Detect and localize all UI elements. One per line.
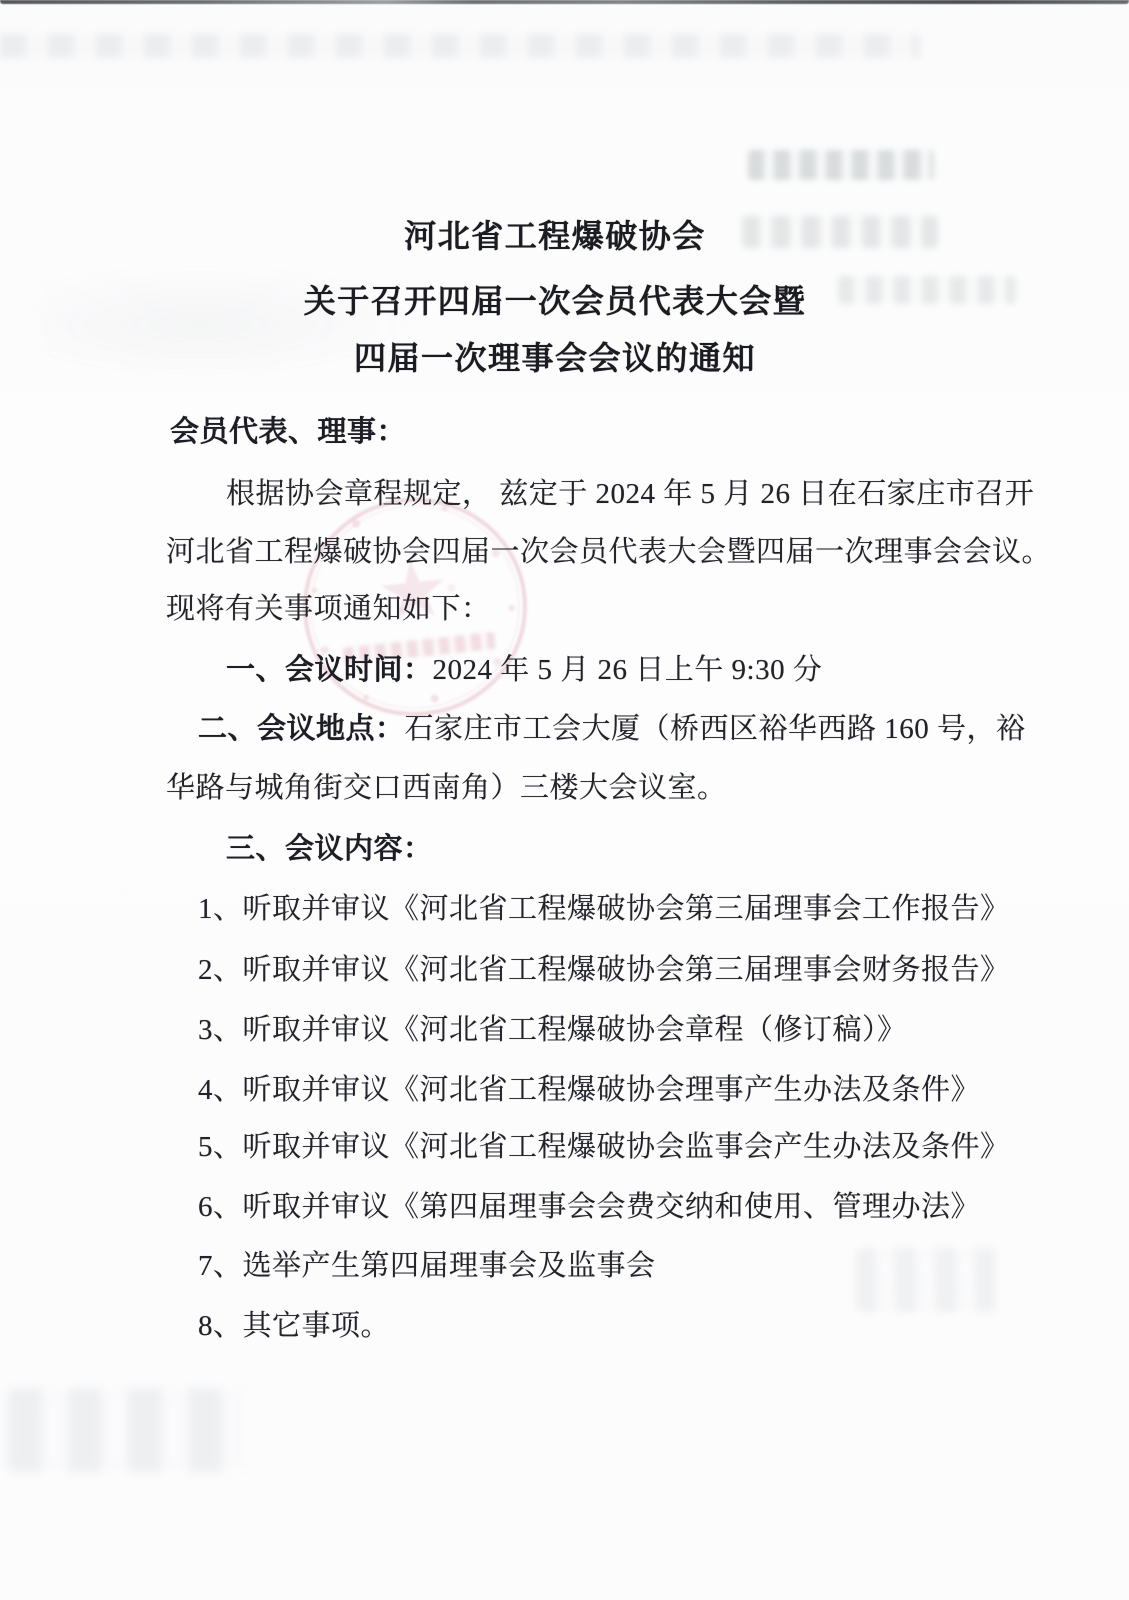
agenda-item-4: 4、听取并审议《河北省工程爆破协会理事产生办法及条件》 bbox=[198, 1072, 980, 1108]
agenda-item-7: 7、选举产生第四届理事会及监事会 bbox=[198, 1248, 656, 1284]
agenda-item-6: 6、听取并审议《第四届理事会会费交纳和使用、管理办法》 bbox=[198, 1189, 980, 1225]
scanned-notice-page: 河北省工程爆破协会 关于召开四届一次会员代表大会暨 四届一次理事会会议的通知 会… bbox=[0, 0, 1129, 1600]
agenda-item-8: 8、其它事项。 bbox=[198, 1308, 390, 1344]
document-title-line-3: 四届一次理事会会议的通知 bbox=[0, 333, 1110, 379]
agenda-item-5: 5、听取并审议《河北省工程爆破协会监事会产生办法及条件》 bbox=[198, 1129, 1010, 1165]
meeting-place-line-2: 华路与城角街交口西南角）三楼大会议室。 bbox=[166, 770, 727, 806]
scan-smudge-artifact bbox=[0, 34, 920, 58]
meeting-time-line: 一、会议时间：2024 年 5 月 26 日上午 9:30 分 bbox=[226, 652, 822, 688]
meeting-place-label: 二、会议地点： bbox=[198, 713, 405, 745]
bleedthrough-text-artifact bbox=[748, 150, 934, 180]
intro-line-3: 现将有关事项通知如下： bbox=[166, 591, 491, 627]
scan-edge-artifact bbox=[0, 0, 1129, 4]
meeting-place-value-line-1: 石家庄市工会大厦（桥西区裕华西路 160 号，裕 bbox=[405, 713, 1026, 745]
scan-smudge-artifact bbox=[8, 1388, 248, 1472]
scan-smudge-artifact bbox=[856, 1248, 996, 1312]
intro-line-1: 根据协会章程规定， 兹定于 2024 年 5 月 26 日在石家庄市召开 bbox=[226, 476, 1034, 512]
meeting-content-heading: 三、会议内容： bbox=[226, 831, 433, 867]
meeting-time-value: 2024 年 5 月 26 日上午 9:30 分 bbox=[433, 654, 823, 686]
salutation-line: 会员代表、理事： bbox=[170, 414, 406, 450]
document-title-line-2: 关于召开四届一次会员代表大会暨 bbox=[0, 276, 1110, 322]
agenda-item-3: 3、听取并审议《河北省工程爆破协会章程（修订稿）》 bbox=[198, 1012, 907, 1048]
agenda-item-1: 1、听取并审议《河北省工程爆破协会第三届理事会工作报告》 bbox=[198, 891, 1010, 927]
meeting-place-line-1: 二、会议地点：石家庄市工会大厦（桥西区裕华西路 160 号，裕 bbox=[198, 711, 1026, 747]
agenda-item-2: 2、听取并审议《河北省工程爆破协会第三届理事会财务报告》 bbox=[198, 952, 1010, 988]
intro-line-2: 河北省工程爆破协会四届一次会员代表大会暨四届一次理事会会议。 bbox=[166, 534, 1051, 570]
document-title-line-1: 河北省工程爆破协会 bbox=[0, 211, 1110, 257]
meeting-time-label: 一、会议时间： bbox=[226, 654, 433, 686]
